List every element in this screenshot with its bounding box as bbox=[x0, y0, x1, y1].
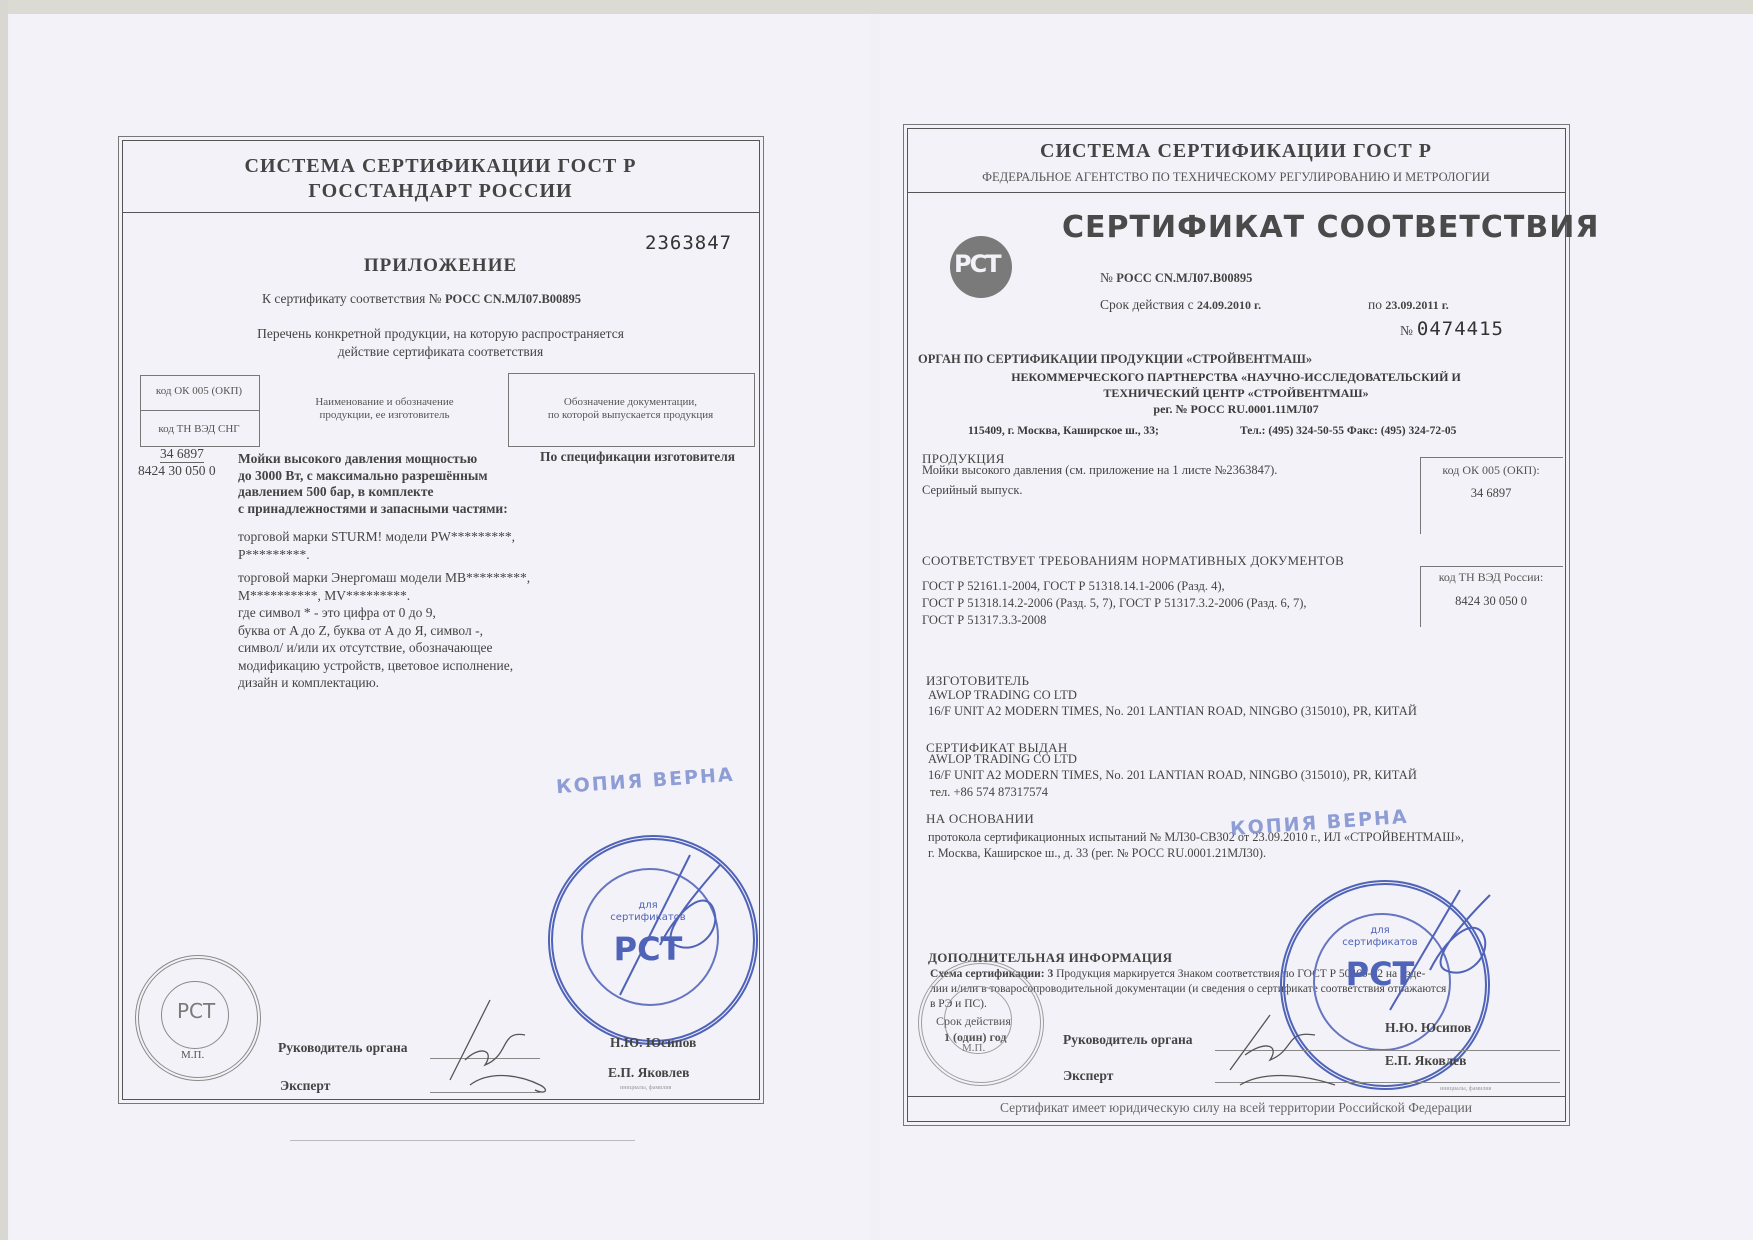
certificate-footer-legal: Сертификат имеет юридическую силу на все… bbox=[907, 1100, 1565, 1116]
issued-phone: тел. +86 574 87317574 bbox=[930, 785, 1048, 800]
certificate-number-row: № РОСС CN.МЛ07.В00895 bbox=[1100, 270, 1252, 286]
valid-to-row: по 23.09.2011 г. bbox=[1368, 297, 1449, 313]
appendix-cert-reference: К сертификату соответствия № РОСС CN.МЛ0… bbox=[262, 291, 581, 307]
manufacturer-address: 16/F UNIT A2 MODERN TIMES, No. 201 LANTI… bbox=[928, 704, 1417, 719]
scanner-edge-top bbox=[0, 0, 1753, 14]
conforms-label: СООТВЕТСТВУЕТ ТРЕБОВАНИЯМ НОРМАТИВНЫХ ДО… bbox=[922, 553, 1344, 569]
manufacturer-name: AWLOP TRADING CO LTD bbox=[928, 688, 1077, 703]
scanner-edge-left bbox=[0, 0, 8, 1240]
appendix-cert-number: РОСС CN.МЛ07.В00895 bbox=[445, 292, 581, 306]
certificate-system-title: СИСТЕМА СЕРТИФИКАЦИИ ГОСТ Р bbox=[907, 140, 1565, 163]
appendix-blue-signature bbox=[600, 845, 730, 1005]
appendix-head-name: Н.Ю. Юсипов bbox=[610, 1035, 696, 1051]
rst-logo-icon: РСТ bbox=[954, 250, 1000, 278]
appendix-form-number: 2363847 bbox=[645, 232, 732, 254]
appendix-head-label: Руководитель органа bbox=[278, 1040, 408, 1056]
table-header-name-1: Наименование и обозначение bbox=[262, 396, 507, 408]
table-row-documentation: По спецификации изготовителя bbox=[540, 449, 735, 465]
small-seal-logo-icon: РСТ bbox=[177, 999, 215, 1023]
certificate-footer-divider bbox=[907, 1096, 1565, 1097]
appendix-header-divider bbox=[122, 212, 759, 213]
appendix-heading: ПРИЛОЖЕНИЕ bbox=[122, 255, 759, 277]
tnved-value: 8424 30 050 0 bbox=[1420, 594, 1562, 609]
appendix-head-signature bbox=[440, 990, 560, 1100]
validity-row: Срок действия с 24.09.2010 г. bbox=[1100, 297, 1261, 313]
product-line-2: Серийный выпуск. bbox=[922, 483, 1023, 498]
product-line-1: Мойки высокого давления (см. приложение … bbox=[922, 463, 1277, 478]
basis-label: НА ОСНОВАНИИ bbox=[926, 811, 1034, 827]
valid-from: 24.09.2010 г. bbox=[1197, 298, 1261, 312]
small-seal-right-mp: М.П. bbox=[962, 1042, 985, 1054]
certificate-blue-signature bbox=[1380, 880, 1500, 1020]
certificate-expert-label: Эксперт bbox=[1063, 1068, 1113, 1084]
appendix-list-title-1: Перечень конкретной продукции, на котору… bbox=[122, 326, 759, 342]
table-header-doc-1: Обозначение документации, bbox=[508, 396, 753, 408]
table-header-code-okp: код ОК 005 (ОКП) bbox=[140, 385, 258, 397]
body-line-2: НЕКОММЕРЧЕСКОГО ПАРТНЕРСТВА «НАУЧНО-ИССЛ… bbox=[907, 370, 1565, 385]
small-seal: РСТ М.П. bbox=[135, 955, 261, 1081]
standards-list: ГОСТ Р 52161.1-2004, ГОСТ Р 51318.14.1-2… bbox=[922, 578, 1307, 629]
appendix-list-title-2: действие сертификата соответствия bbox=[122, 344, 759, 360]
certificate-form-number: 0474415 bbox=[1417, 318, 1504, 340]
certificate-form-number-row: № 0474415 bbox=[1400, 318, 1504, 340]
appendix-footer-line bbox=[290, 1140, 635, 1141]
certificate-agency-title: ФЕДЕРАЛЬНОЕ АГЕНТСТВО ПО ТЕХНИЧЕСКОМУ РЕ… bbox=[907, 170, 1565, 185]
appendix-agency-title: ГОССТАНДАРТ РОССИИ bbox=[122, 180, 759, 203]
rst-logo: РСТ bbox=[950, 236, 1012, 298]
appendix-sig-caption: инициалы, фамилия bbox=[620, 1085, 671, 1091]
okp-value: 34 6897 bbox=[1420, 486, 1562, 501]
table-header-doc-2: по которой выпускается продукция bbox=[508, 409, 753, 421]
table-row-code-tnved: 8424 30 050 0 bbox=[138, 463, 216, 479]
tnved-label: код ТН ВЭД России: bbox=[1420, 570, 1562, 585]
certificate-header-divider bbox=[907, 192, 1565, 193]
body-address: 115409, г. Москва, Каширское ш., 33; bbox=[968, 425, 1159, 437]
certificate-expert-name: Е.П. Яковлев bbox=[1385, 1053, 1466, 1069]
valid-to: 23.09.2011 г. bbox=[1385, 298, 1448, 312]
table-header-code-divider bbox=[140, 410, 259, 411]
table-row-code-okp: 34 6897 bbox=[160, 446, 204, 463]
issued-address: 16/F UNIT A2 MODERN TIMES, No. 201 LANTI… bbox=[928, 768, 1417, 783]
certificate-sig-caption: инициалы, фамилия bbox=[1440, 1086, 1491, 1092]
body-line-1: ОРГАН ПО СЕРТИФИКАЦИИ ПРОДУКЦИИ «СТРОЙВЕ… bbox=[918, 352, 1312, 367]
certificate-heading: СЕРТИФИКАТ СООТВЕТСТВИЯ bbox=[1062, 210, 1599, 245]
appendix-cert-label: К сертификату соответствия № bbox=[262, 291, 442, 306]
appendix-expert-name: Е.П. Яковлев bbox=[608, 1065, 689, 1081]
table-row-product-bold: Мойки высокого давления мощностью до 300… bbox=[238, 451, 508, 517]
appendix-system-title: СИСТЕМА СЕРТИФИКАЦИИ ГОСТ Р bbox=[122, 155, 759, 178]
certificate-head-signature bbox=[1225, 1010, 1355, 1100]
issued-name: AWLOP TRADING CO LTD bbox=[928, 752, 1077, 767]
body-line-3: ТЕХНИЧЕСКИЙ ЦЕНТР «СТРОЙВЕНТМАШ» bbox=[907, 386, 1565, 401]
body-phone: Тел.: (495) 324-50-55 Факс: (495) 324-72… bbox=[1240, 425, 1456, 437]
small-seal-mp: М.П. bbox=[181, 1049, 204, 1061]
table-row-product-details: торговой марки STURM! модели PW*********… bbox=[238, 528, 530, 692]
manufacturer-label: ИЗГОТОВИТЕЛЬ bbox=[926, 673, 1029, 689]
basis-line-1: протокола сертификационных испытаний № М… bbox=[928, 830, 1464, 845]
small-seal-right: М.П. bbox=[918, 960, 1044, 1086]
certificate-head-label: Руководитель органа bbox=[1063, 1032, 1193, 1048]
basis-line-2: г. Москва, Каширское ш., д. 33 (рег. № Р… bbox=[928, 846, 1266, 861]
okp-label: код ОК 005 (ОКП): bbox=[1420, 463, 1562, 478]
body-reg: рег. № РОСС RU.0001.11МЛ07 bbox=[907, 402, 1565, 417]
certificate-head-name: Н.Ю. Юсипов bbox=[1385, 1020, 1471, 1036]
appendix-expert-label: Эксперт bbox=[280, 1078, 330, 1094]
certificate-number: РОСС CN.МЛ07.В00895 bbox=[1116, 271, 1252, 285]
table-header-name-2: продукции, ее изготовитель bbox=[262, 409, 507, 421]
table-header-code-tnved: код ТН ВЭД СНГ bbox=[140, 423, 258, 435]
